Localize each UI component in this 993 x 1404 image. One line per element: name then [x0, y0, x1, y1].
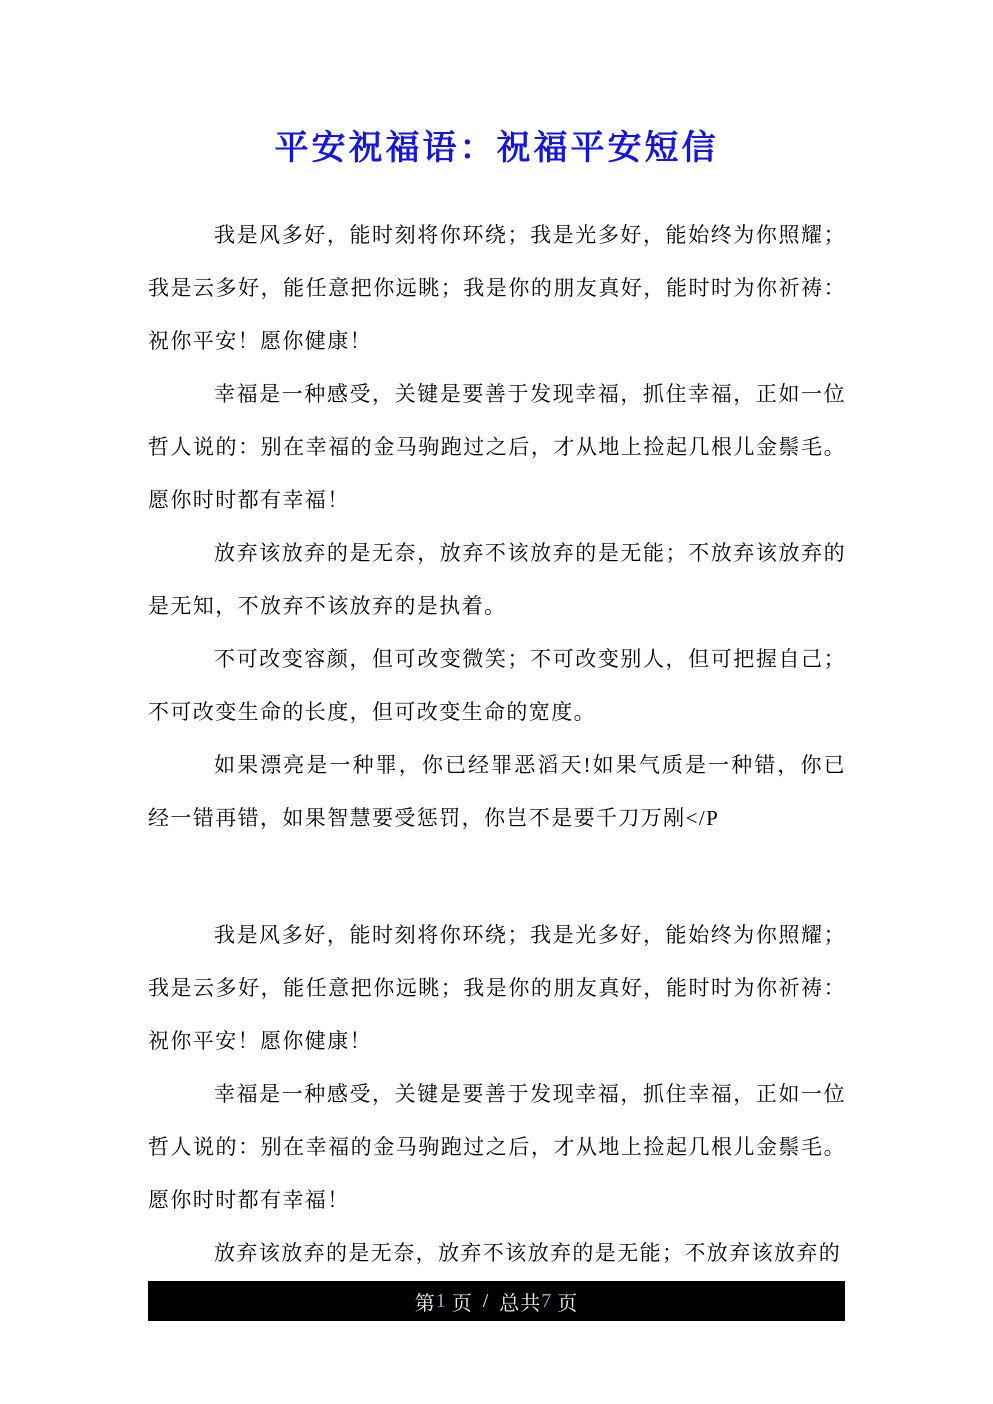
- document-page: 平安祝福语：祝福平安短信 我是风多好，能时刻将你环绕；我是光多好，能始终为你照耀…: [0, 0, 993, 1404]
- footer-total-page-number: 7: [541, 1290, 552, 1313]
- paragraph: 我是风多好，能时刻将你环绕；我是光多好，能始终为你照耀；我是云多好，能任意把你远…: [148, 209, 846, 368]
- text-section-2: 我是风多好，能时刻将你环绕；我是光多好，能始终为你照耀；我是云多好，能任意把你远…: [148, 909, 846, 1280]
- paragraph: 放弃该放弃的是无奈，放弃不该放弃的是无能；不放弃该放弃的: [148, 1227, 846, 1280]
- paragraph: 如果漂亮是一种罪，你已经罪恶滔天!如果气质是一种错，你已经一错再错，如果智慧要受…: [148, 739, 846, 845]
- footer-page-label: 页: [452, 1287, 473, 1316]
- paragraph: 放弃该放弃的是无奈，放弃不该放弃的是无能；不放弃该放弃的是无知，不放弃不该放弃的…: [148, 527, 846, 633]
- text-section-1: 我是风多好，能时刻将你环绕；我是光多好，能始终为你照耀；我是云多好，能任意把你远…: [148, 209, 846, 845]
- paragraph: 幸福是一种感受，关键是要善于发现幸福，抓住幸福，正如一位哲人说的：别在幸福的金马…: [148, 1068, 846, 1227]
- paragraph: 幸福是一种感受，关键是要善于发现幸福，抓住幸福，正如一位哲人说的：别在幸福的金马…: [148, 368, 846, 527]
- footer-separator: /: [483, 1290, 490, 1313]
- footer-total-label: 总共: [499, 1287, 541, 1316]
- paragraph: 不可改变容颜，但可改变微笑；不可改变别人，但可把握自己；不可改变生命的长度，但可…: [148, 633, 846, 739]
- footer-total-page-label: 页: [557, 1287, 578, 1316]
- footer-page-bar: 第 1 页 / 总共 7 页: [148, 1281, 845, 1321]
- page-title: 平安祝福语：祝福平安短信: [0, 125, 993, 173]
- footer-current-page-number: 1: [436, 1290, 447, 1313]
- document-body: 我是风多好，能时刻将你环绕；我是光多好，能始终为你照耀；我是云多好，能任意把你远…: [148, 209, 846, 1280]
- section-gap: [148, 845, 846, 909]
- footer-page-prefix: 第: [415, 1287, 436, 1316]
- paragraph: 我是风多好，能时刻将你环绕；我是光多好，能始终为你照耀；我是云多好，能任意把你远…: [148, 909, 846, 1068]
